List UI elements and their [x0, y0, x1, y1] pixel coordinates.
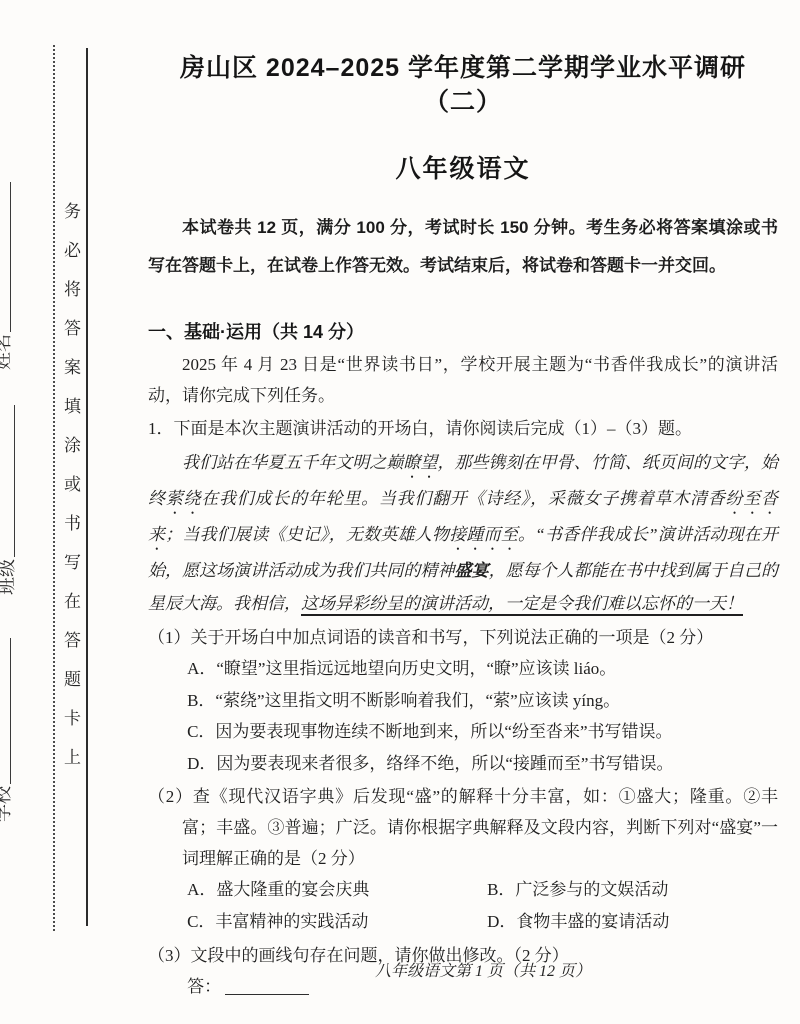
student-name-label: 姓名 — [0, 334, 13, 370]
sub-question-1-stem: （1）关于开场白中加点词语的读音和书写，下列说法正确的一项是（2 分） — [148, 622, 778, 653]
sub1-option-b: B．“萦绕”这里指文明不断影响着我们，“萦”应该读 yíng。 — [148, 685, 778, 717]
passage-underlined-sentence: 这场异彩纷呈的演讲活动，一定是令我们难以忘怀的一天！ — [301, 594, 743, 613]
passage-emphasized-word: 瞭望 — [403, 453, 437, 472]
sub2-options-row-2: C．丰富精神的实践活动 D．食物丰盛的宴请活动 — [148, 906, 778, 938]
exam-subject-title: 八年级语文 — [148, 153, 778, 185]
speech-passage: 我们站在华夏五千年文明之巅瞭望，那些镌刻在甲骨、竹简、纸页间的文字，始终萦绕在我… — [148, 446, 778, 620]
student-school-blank-line — [0, 638, 11, 784]
passage-emphasized-word: 接踵而至 — [449, 525, 518, 544]
student-class-field: 班级 — [0, 405, 20, 595]
sub1-option-a: A．“瞭望”这里指远远地望向历史文明，“瞭”应该读 liáo。 — [148, 653, 778, 685]
sub2-option-b: B．广泛参与的文娱活动 — [487, 874, 668, 906]
sub2-option-d: D．食物丰盛的宴请活动 — [487, 906, 669, 938]
sub1-option-d: D．因为要表现来者很多，络绎不绝，所以“接踵而至”书写错误。 — [148, 748, 778, 780]
seal-solid-line — [86, 48, 88, 926]
passage-bold-word: 盛宴 — [455, 561, 489, 580]
sub2-option-a: A．盛大隆重的宴会庆典 — [187, 874, 487, 906]
student-class-label: 班级 — [0, 559, 17, 595]
student-name-blank-line — [0, 182, 11, 332]
sub-question-2-stem: （2）查《现代汉语字典》后发现“盛”的解释十分丰富，如：①盛大；隆重。②丰富；丰… — [148, 781, 778, 874]
passage-segment: ；当我们展读《史记》，无数英雄人物 — [165, 525, 449, 544]
footer-page-number: 八年级语文第 1 页（共 12 页） — [148, 958, 778, 981]
seal-dotted-line — [53, 45, 55, 931]
exam-content: 房山区 2024–2025 学年度第二学期学业水平调研（二） 八年级语文 本试卷… — [148, 45, 778, 1002]
exam-paper-page: 务必将答案填涂或书写在答题卡上 姓名 班级 学校 房山区 2024–2025 学… — [0, 0, 800, 1024]
student-school-label: 学校 — [0, 786, 13, 822]
student-class-blank-line — [0, 405, 15, 557]
exam-title: 房山区 2024–2025 学年度第二学期学业水平调研（二） — [148, 51, 778, 119]
sub2-options-row-1: A．盛大隆重的宴会庆典 B．广泛参与的文娱活动 — [148, 874, 778, 906]
student-name-field: 姓名 — [0, 182, 16, 370]
section-1-intro: 2025 年 4 月 23 日是“世界读书日”，学校开展主题为“书香伴我成长”的… — [148, 349, 778, 411]
student-school-field: 学校 — [0, 638, 16, 822]
exam-notice: 本试卷共 12 页，满分 100 分，考试时长 150 分钟。考生务必将答案填涂… — [148, 209, 778, 285]
vertical-notice-text: 务必将答案填涂或书写在答题卡上 — [58, 202, 83, 787]
passage-segment: 我们站在华夏五千年文明之巅 — [182, 453, 403, 472]
passage-emphasized-word: 萦绕 — [166, 489, 202, 508]
passage-segment: 在我们成长的年轮里。当我们翻开《诗经》，采薇女子携着草木清香 — [201, 489, 725, 508]
section-1-heading: 一、基础·运用（共 14 分） — [148, 317, 778, 347]
question-1-stem: 1．下面是本次主题演讲活动的开场白，请你阅读后完成（1）–（3）题。 — [148, 413, 778, 444]
sub1-option-c: C．因为要表现事物连续不断地到来，所以“纷至沓来”书写错误。 — [148, 716, 778, 748]
sub2-option-c: C．丰富精神的实践活动 — [187, 906, 487, 938]
